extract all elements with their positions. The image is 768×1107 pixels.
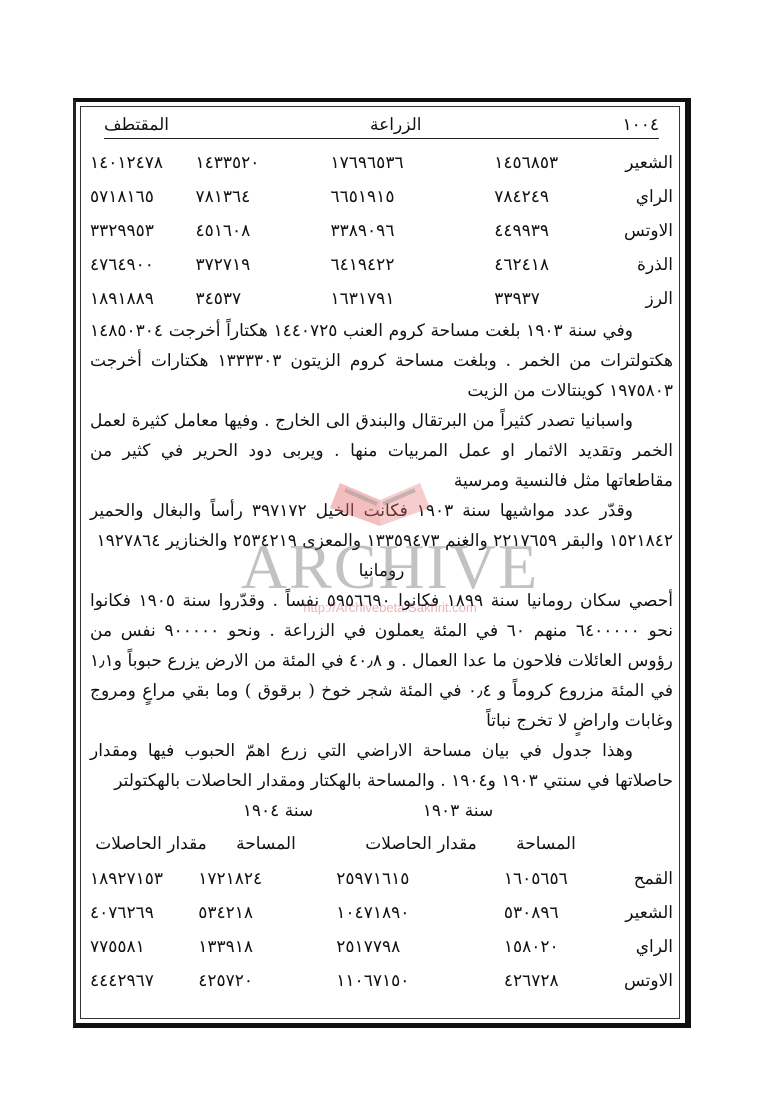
- table-row: الرز ٣٣٩٣٧ ١٦٣١٧٩١ ٣٤٥٣٧ ١٨٩١٨٨٩: [90, 282, 673, 316]
- column-header-row: المساحة مقدار الحاصلات المساحة مقدار الح…: [90, 826, 673, 862]
- page-number: ١٠٠٤: [622, 115, 659, 135]
- table-row: الراي ١٥٨٠٢٠ ٢٥١٧٧٩٨ ١٣٣٩١٨ ٧٧٥٥٨١: [90, 930, 673, 964]
- year-1903-header: سنة ١٩٠٣: [403, 801, 513, 821]
- paragraph-wine-olive: وفي سنة ١٩٠٣ بلغت مساحة كروم العنب ١٤٤٠٧…: [90, 316, 673, 406]
- journal-name: المقتطف: [104, 115, 169, 135]
- page-frame: ١٠٠٤ الزراعة المقتطف الشعير ١٤٥٦٨٥٣ ١٧٦٩…: [73, 98, 691, 1028]
- year-1904-header: سنة ١٩٠٤: [223, 801, 333, 821]
- table-row: الذرة ٤٦٢٤١٨ ٦٤١٩٤٢٢ ٣٧٢٧١٩ ٤٧٦٤٩٠٠: [90, 248, 673, 282]
- running-header: ١٠٠٤ الزراعة المقتطف: [104, 112, 659, 139]
- table-row: الراي ٧٨٤٢٤٩ ٦٦٥١٩١٥ ٧٨١٣٦٤ ٥٧١٨١٦٥: [90, 180, 673, 214]
- paragraph-livestock: وقدّر عدد مواشيها سنة ١٩٠٣ فكانت الخيل ٣…: [90, 496, 673, 556]
- table-row: القمح ١٦٠٥٦٥٦ ٢٥٩٧١٦١٥ ١٧٢١٨٢٤ ١٨٩٢٧١٥٣: [90, 862, 673, 896]
- paragraph-table-intro: وهذا جدول في بيان مساحة الاراضي التي زرع…: [90, 736, 673, 796]
- crop-table-continued: الشعير ١٤٥٦٨٥٣ ١٧٦٩٦٥٣٦ ١٤٣٣٥٢٠ ١٤٠١٢٤٧٨…: [90, 146, 673, 316]
- section-title: الزراعة: [370, 115, 421, 135]
- page-content: الشعير ١٤٥٦٨٥٣ ١٧٦٩٦٥٣٦ ١٤٣٣٥٢٠ ١٤٠١٢٤٧٨…: [90, 146, 673, 998]
- paragraph-spain-exports: واسبانيا تصدر كثيراً من البرتقال والبندق…: [90, 406, 673, 496]
- table-row: الاوتس ٤٤٩٩٣٩ ٣٣٨٩٠٩٦ ٤٥١٦٠٨ ٣٣٢٩٩٥٣: [90, 214, 673, 248]
- table-row: الاوتس ٤٢٦٧٢٨ ١١٠٦٧١٥٠ ٤٢٥٧٢٠ ٤٤٤٢٩٦٧: [90, 964, 673, 998]
- table-row: الشعير ١٤٥٦٨٥٣ ١٧٦٩٦٥٣٦ ١٤٣٣٥٢٠ ١٤٠١٢٤٧٨: [90, 146, 673, 180]
- year-header-row: سنة ١٩٠٣ سنة ١٩٠٤: [90, 796, 673, 826]
- table-row: الشعير ٥٣٠٨٩٦ ١٠٤٧١٨٩٠ ٥٣٤٢١٨ ٤٠٧٦٢٦٩: [90, 896, 673, 930]
- section-heading-romania: رومانيا: [90, 556, 673, 586]
- paragraph-romania-population: أحصي سكان رومانيا سنة ١٨٩٩ فكانوا ٥٩٥٦٦٩…: [90, 586, 673, 736]
- grain-table: سنة ١٩٠٣ سنة ١٩٠٤ المساحة مقدار الحاصلات…: [90, 796, 673, 998]
